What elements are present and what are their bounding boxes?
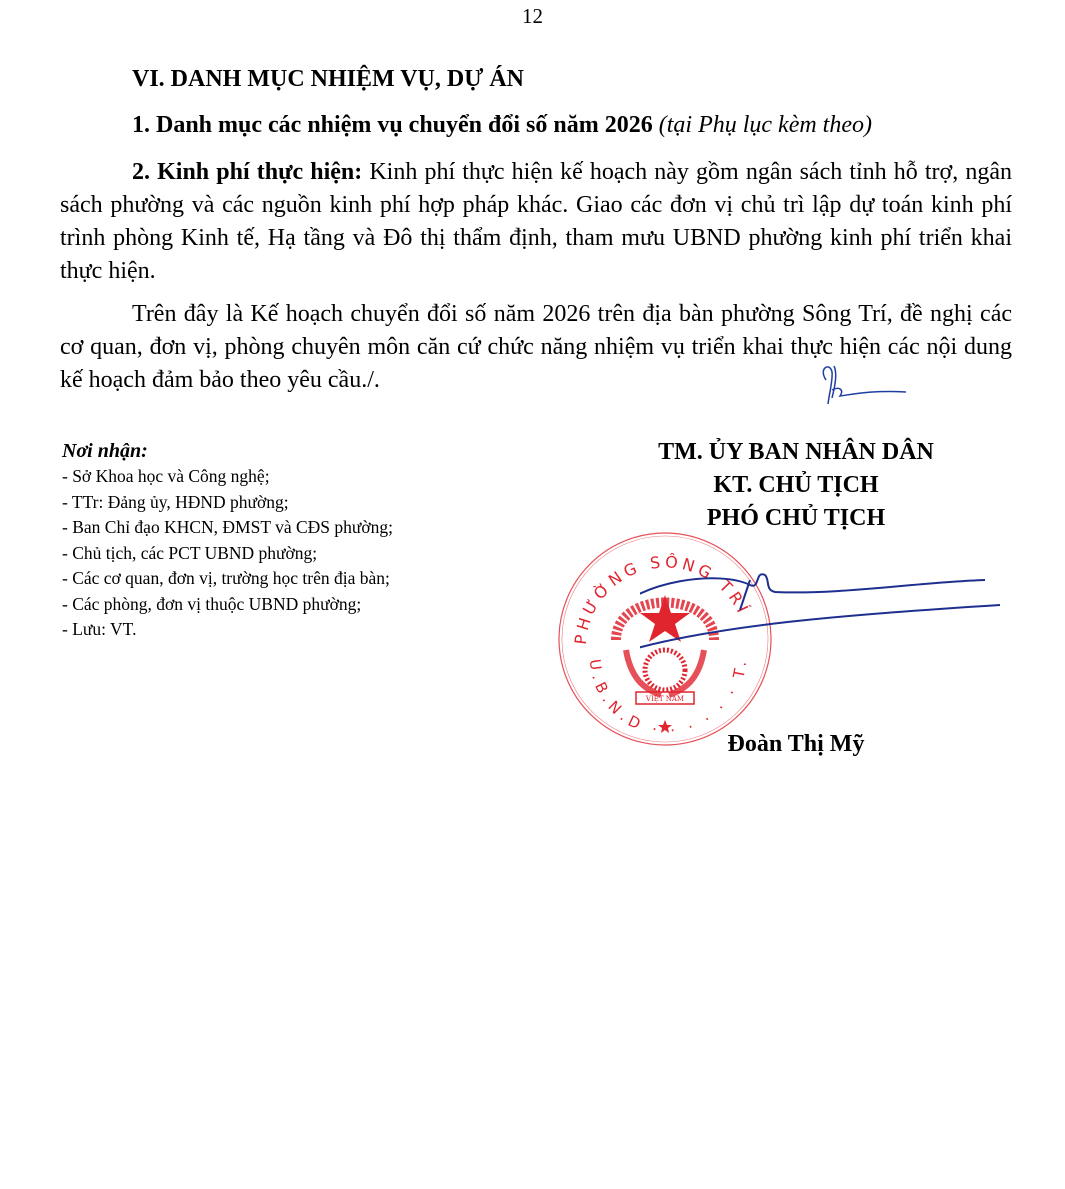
recipients-title: Nơi nhận:: [62, 438, 393, 464]
item1-heading: 1. Danh mục các nhiệm vụ chuyển đổi số n…: [132, 112, 872, 139]
recipient-item: - Sở Khoa học và Công nghệ;: [62, 464, 393, 490]
recipient-item: - Chủ tịch, các PCT UBND phường;: [62, 541, 393, 567]
item2-paragraph: 2. Kinh phí thực hiện: Kinh phí thực hiệ…: [60, 156, 1012, 288]
signer-line-1: TM. ỦY BAN NHÂN DÂN: [596, 436, 996, 469]
recipient-item: - Lưu: VT.: [62, 617, 393, 643]
signer-block: TM. ỦY BAN NHÂN DÂN KT. CHỦ TỊCH PHÓ CHỦ…: [596, 436, 996, 535]
signer-name: Đoàn Thị Mỹ: [596, 731, 996, 758]
item1-label: 1. Danh mục các nhiệm vụ chuyển đổi số n…: [132, 112, 653, 138]
signer-line-2: KT. CHỦ TỊCH: [596, 469, 996, 502]
recipient-item: - Các cơ quan, đơn vị, trường học trên đ…: [62, 566, 393, 592]
handwritten-signature-icon: [640, 570, 1010, 660]
recipient-item: - Ban Chỉ đạo KHCN, ĐMST và CĐS phường;: [62, 515, 393, 541]
recipient-item: - TTr: Đảng ủy, HĐND phường;: [62, 490, 393, 516]
item1-note: (tại Phụ lục kèm theo): [659, 112, 872, 138]
section-heading: VI. DANH MỤC NHIỆM VỤ, DỰ ÁN: [132, 66, 524, 93]
page-number: 12: [0, 4, 1065, 29]
recipient-item: - Các phòng, đơn vị thuộc UBND phường;: [62, 592, 393, 618]
initial-mark-icon: [814, 360, 909, 405]
recipients-block: Nơi nhận: - Sở Khoa học và Công nghệ; - …: [62, 438, 393, 643]
svg-text:VIỆT NAM: VIỆT NAM: [645, 694, 684, 703]
item2-label: 2. Kinh phí thực hiện:: [132, 159, 362, 185]
